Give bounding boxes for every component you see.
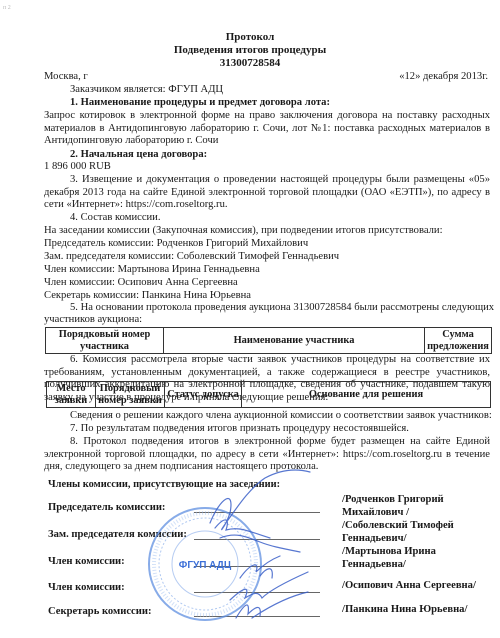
doc-title: Протокол [0, 31, 500, 44]
section2-heading: 2. Начальная цена договора: [70, 149, 207, 162]
sig-label-member-1: Член комиссии: [48, 556, 125, 569]
sig-label-member-2: Член комиссии: [48, 582, 125, 595]
member-secretary: Секретарь комиссии: Панкина Нина Юрьевна [44, 290, 251, 303]
member-deputy: Зам. председателя комиссии: Соболевский … [44, 251, 339, 264]
procedure-number: 31300728584 [0, 57, 500, 70]
sig-name-secretary: /Панкина Нина Юрьевна/ [342, 603, 467, 616]
handwritten-signatures-icon [190, 468, 320, 628]
header-admission-status: Статус допуска [165, 382, 242, 408]
section7-body: 7. По результатам подведения итогов приз… [70, 423, 409, 436]
header-decision-basis: Основание для решения [242, 382, 491, 408]
doc-subtitle: Подведения итогов процедуры [0, 44, 500, 57]
city: Москва, г [44, 71, 88, 84]
page-corner-mark: п 2 [3, 2, 11, 15]
participants-table: Порядковый номер участника Наименование … [45, 327, 492, 354]
sig-name-member-1: /Мартынова Ирина Геннадьевна/ [342, 545, 436, 571]
header-application-number: Порядковый номер заявки [96, 382, 165, 408]
sig-label-secretary: Секретарь комиссии: [48, 606, 151, 619]
commission-intro: На заседании комиссии (Закупочная комисс… [44, 225, 443, 238]
section4-heading: 4. Состав комиссии. [70, 212, 161, 225]
section5-line2: участников аукциона: [44, 314, 142, 327]
header-participant-name: Наименование участника [164, 328, 425, 354]
sig-name-deputy: /Соболевский Тимофей Геннадьевич/ [342, 519, 454, 545]
initial-price: 1 896 000 RUB [44, 161, 111, 174]
header-offer-amount: Сумма предложения [425, 328, 492, 354]
member-chairman: Председатель комиссии: Родченков Григори… [44, 238, 308, 251]
sig-name-member-2: /Осипович Анна Сергеевна/ [342, 579, 476, 592]
section3-body: 3. Извещение и документация о проведении… [44, 174, 490, 212]
decisions-table: Место заявки Порядковый номер заявки Ста… [46, 381, 491, 408]
member-2: Член комиссии: Осипович Анна Сергеевна [44, 277, 238, 290]
customer-line: Заказчиком является: ФГУП АДЦ [70, 84, 223, 97]
sig-name-chairman: /Родченков Григорий Михайлович / [342, 493, 444, 519]
section1-heading: 1. Наименование процедуры и предмет дого… [70, 97, 330, 110]
header-application-place: Место заявки [47, 382, 96, 408]
section5-line1: 5. На основании протокола проведения аук… [70, 302, 494, 315]
header-participant-number: Порядковый номер участника [46, 328, 164, 354]
section1-body: Запрос котировок в электронной форме на … [44, 110, 490, 148]
members-decision-line: Сведения о решении каждого члена аукцион… [70, 410, 492, 423]
doc-date: «12» декабря 2013г. [399, 71, 488, 84]
member-1: Член комиссии: Мартынова Ирина Геннадьев… [44, 264, 260, 277]
